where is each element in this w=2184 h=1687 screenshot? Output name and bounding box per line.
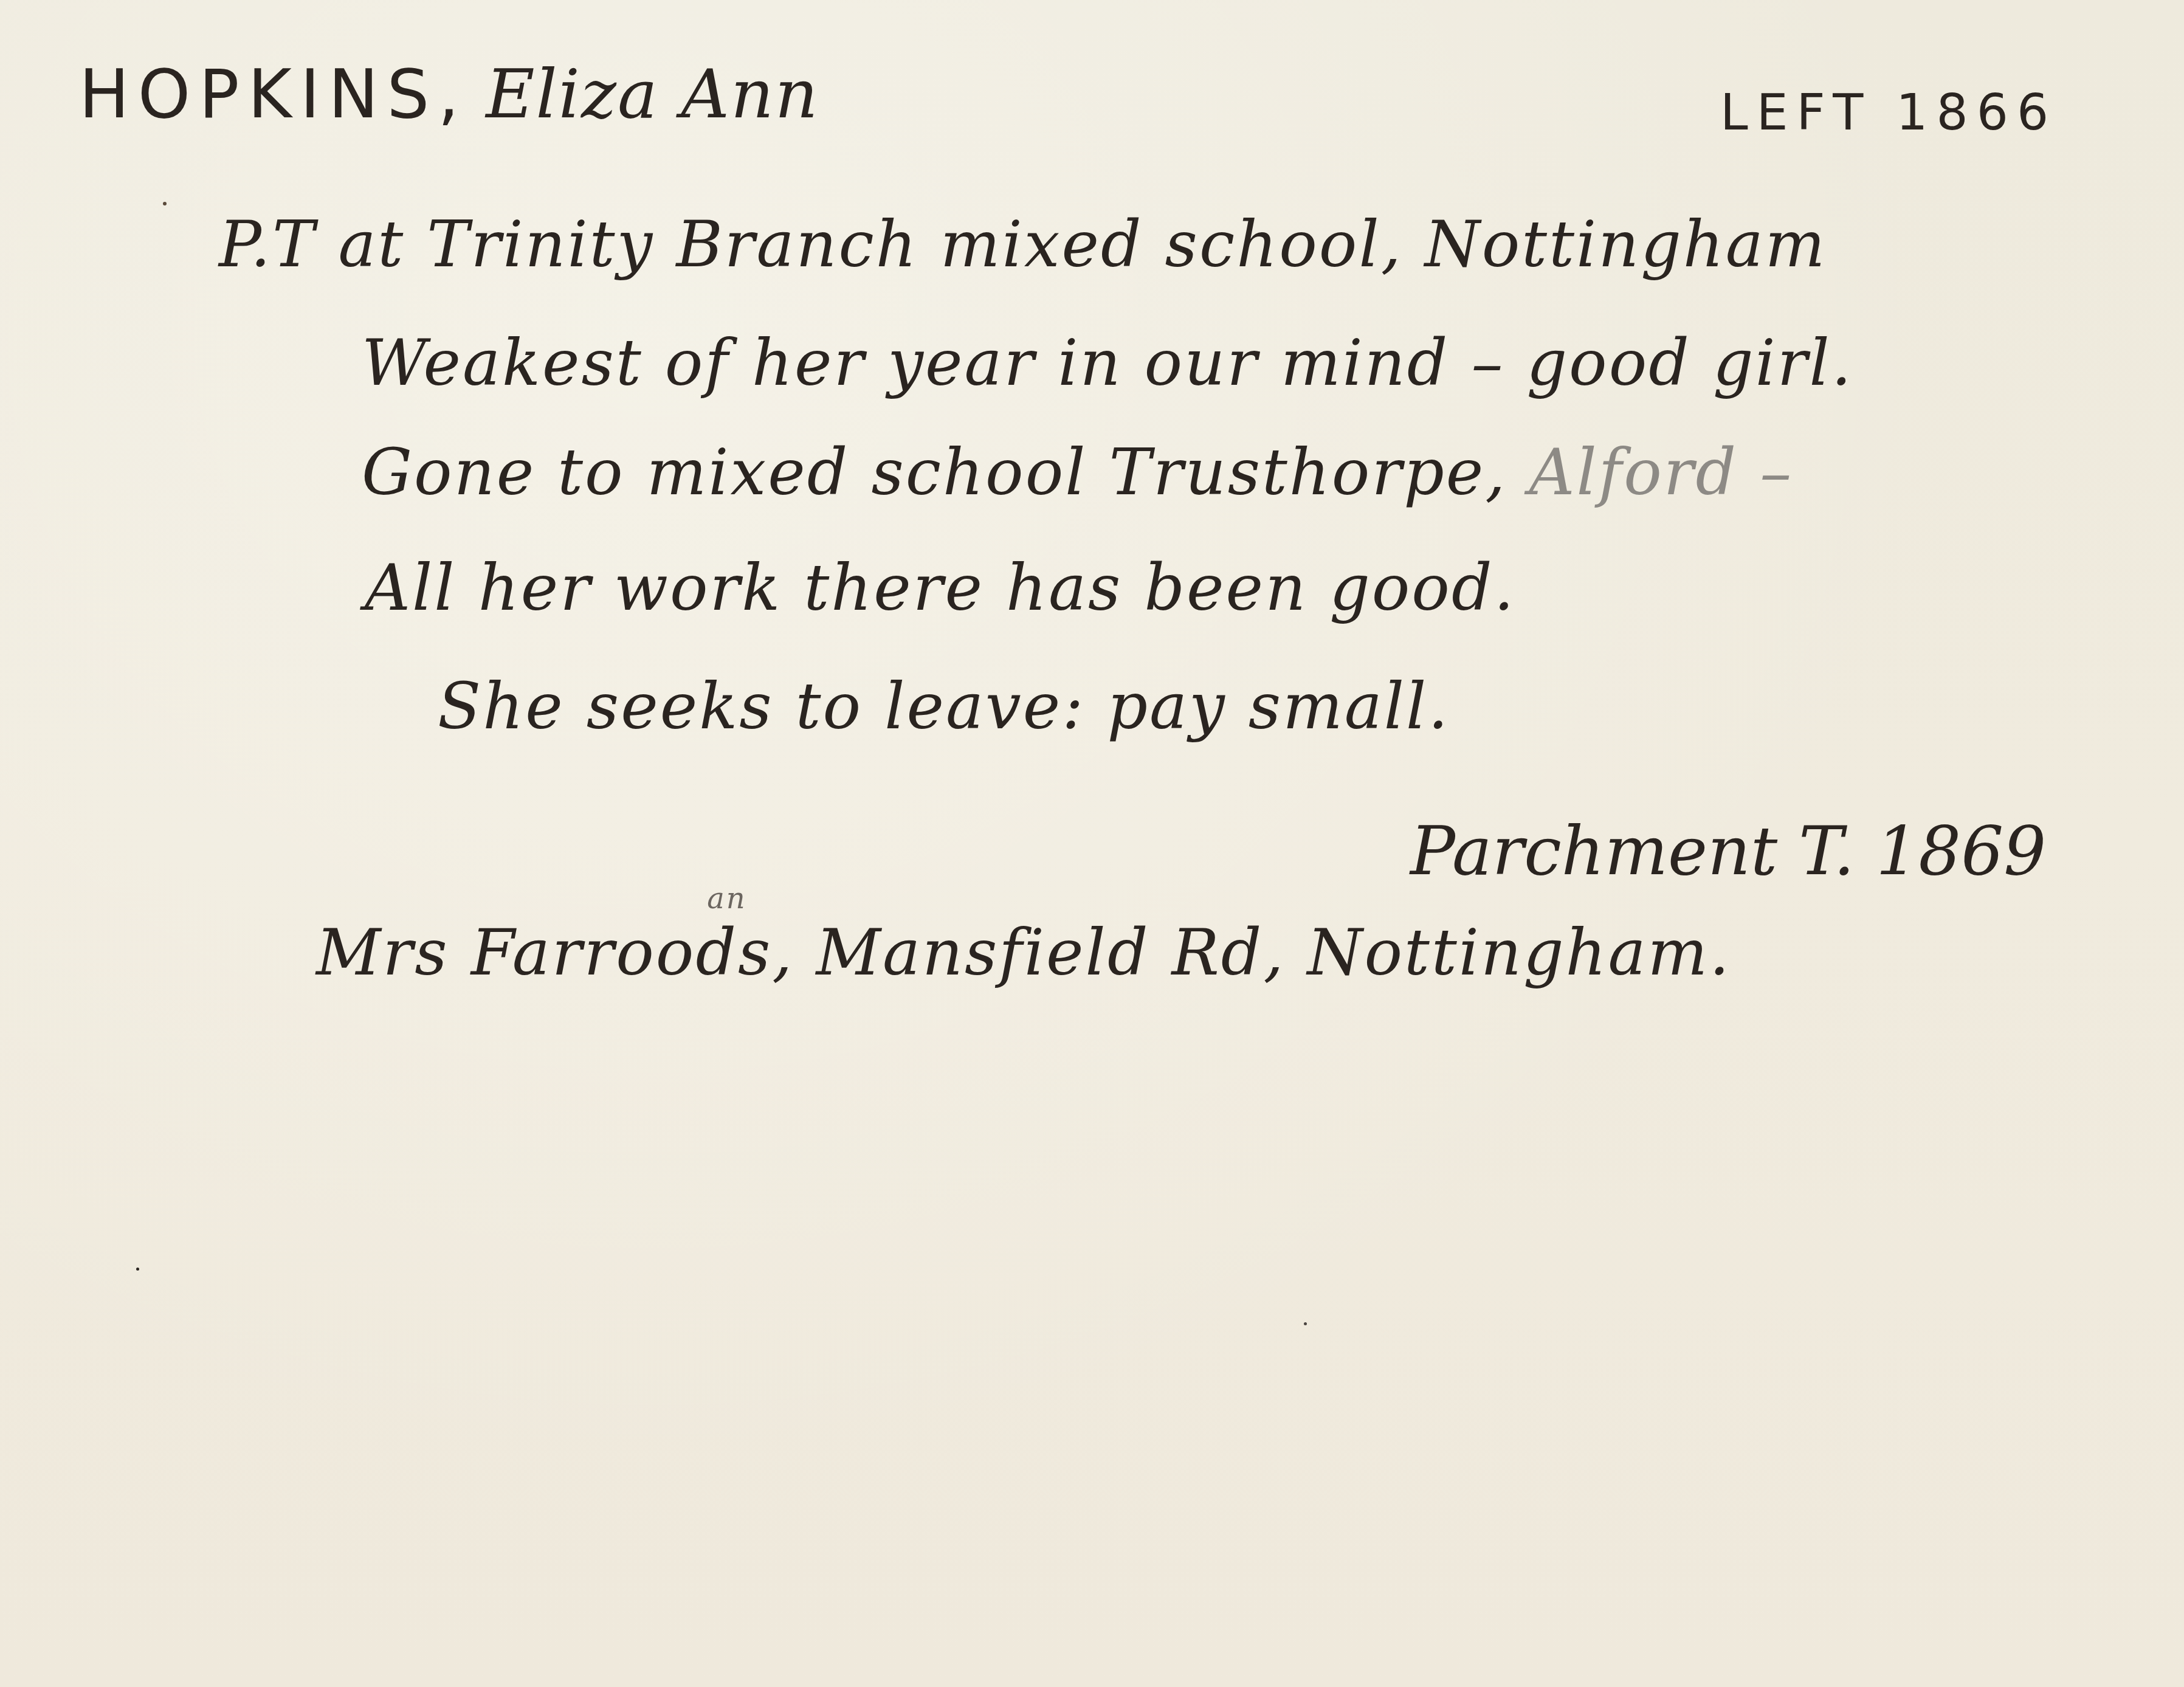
address-suffix: ds, Mansfield Rd, Nottingham. — [695, 916, 1731, 990]
address-correction: anoo — [616, 916, 695, 990]
note-line-4: All her work there has been good. — [365, 556, 1516, 619]
note-line-3: Gone to mixed school Trusthorpe, Alford … — [362, 441, 1793, 504]
correction-above: an — [707, 884, 747, 913]
student-name-heading: HOPKINS,Eliza Ann — [79, 61, 819, 128]
note-line-3-text: Gone to mixed school Trusthorpe, — [362, 435, 1507, 509]
address-prefix: Mrs Farr — [316, 916, 616, 990]
note-line-3-faded-text: Alford – — [1529, 435, 1793, 509]
surname: HOPKINS, — [79, 55, 467, 133]
left-year-label: LEFT 1866 — [1720, 88, 2057, 138]
given-names: Eliza Ann — [486, 55, 819, 133]
ink-speck — [1304, 1322, 1307, 1325]
struck-segment: oo — [616, 916, 695, 990]
note-line-5: She seeks to leave: pay small. — [438, 675, 1450, 738]
note-line-1: P.T at Trinity Branch mixed school, Nott… — [219, 213, 1827, 276]
ink-speck — [163, 202, 167, 205]
note-line-2: Weakest of her year in our mind – good g… — [362, 331, 1853, 395]
address-line: Mrs Farranoods, Mansfield Rd, Nottingham… — [316, 921, 1731, 984]
register-page: HOPKINS,Eliza Ann LEFT 1866 P.T at Trini… — [0, 0, 2184, 1687]
parchment-note: Parchment T. 1869 — [1410, 818, 2046, 885]
ink-speck — [136, 1268, 139, 1271]
